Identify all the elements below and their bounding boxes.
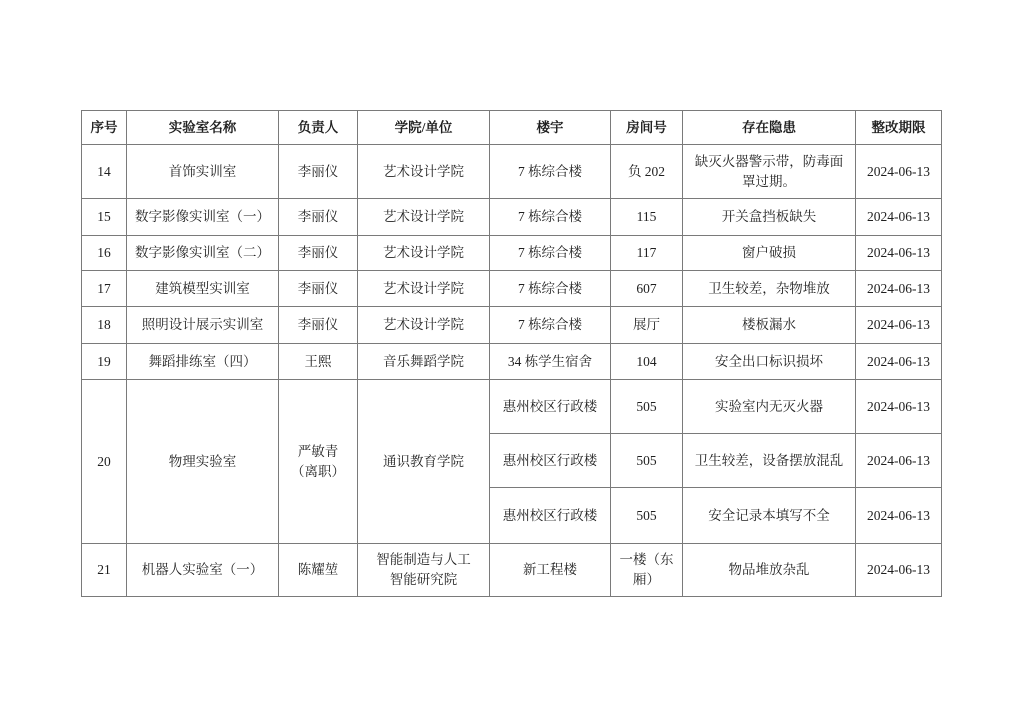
cell-deadline: 2024-06-13 — [856, 236, 942, 271]
cell-no: 15 — [82, 199, 127, 236]
cell-person: 严敏青 （离职） — [279, 380, 358, 544]
cell-deadline: 2024-06-13 — [856, 344, 942, 380]
cell-lab-name: 舞蹈排练室（四） — [127, 344, 279, 380]
cell-lab-name: 机器人实验室（一） — [127, 544, 279, 597]
table-row: 19 舞蹈排练室（四） 王熙 音乐舞蹈学院 34 栋学生宿舍 104 安全出口标… — [82, 344, 942, 380]
cell-person: 李丽仪 — [279, 145, 358, 199]
cell-building: 7 栋综合楼 — [490, 307, 611, 344]
cell-college: 音乐舞蹈学院 — [358, 344, 490, 380]
cell-hazard: 楼板漏水 — [683, 307, 856, 344]
cell-no: 14 — [82, 145, 127, 199]
cell-lab-name: 建筑模型实训室 — [127, 271, 279, 307]
cell-room: 负 202 — [611, 145, 683, 199]
table-row: 18 照明设计展示实训室 李丽仪 艺术设计学院 7 栋综合楼 展厅 楼板漏水 2… — [82, 307, 942, 344]
cell-college: 艺术设计学院 — [358, 145, 490, 199]
cell-building: 34 栋学生宿舍 — [490, 344, 611, 380]
header-building: 楼宇 — [490, 111, 611, 145]
cell-person: 李丽仪 — [279, 271, 358, 307]
cell-no: 19 — [82, 344, 127, 380]
cell-hazard: 实验室内无灭火器 — [683, 380, 856, 434]
cell-room: 展厅 — [611, 307, 683, 344]
cell-room: 一楼（东 厢） — [611, 544, 683, 597]
cell-hazard: 缺灭火器警示带，防毒面 罩过期。 — [683, 145, 856, 199]
cell-no: 21 — [82, 544, 127, 597]
cell-person: 李丽仪 — [279, 307, 358, 344]
cell-lab-name: 数字影像实训室（一） — [127, 199, 279, 236]
cell-person: 王熙 — [279, 344, 358, 380]
cell-deadline: 2024-06-13 — [856, 380, 942, 434]
cell-no: 16 — [82, 236, 127, 271]
cell-lab-name: 照明设计展示实训室 — [127, 307, 279, 344]
cell-college: 智能制造与人工 智能研究院 — [358, 544, 490, 597]
cell-hazard: 卫生较差，设备摆放混乱 — [683, 434, 856, 488]
cell-hazard: 安全出口标识损坏 — [683, 344, 856, 380]
cell-room: 104 — [611, 344, 683, 380]
cell-hazard: 开关盒挡板缺失 — [683, 199, 856, 236]
cell-person: 陈耀堃 — [279, 544, 358, 597]
cell-building: 7 栋综合楼 — [490, 271, 611, 307]
header-deadline: 整改期限 — [856, 111, 942, 145]
cell-building: 7 栋综合楼 — [490, 199, 611, 236]
cell-deadline: 2024-06-13 — [856, 199, 942, 236]
cell-lab-name: 数字影像实训室（二） — [127, 236, 279, 271]
header-no: 序号 — [82, 111, 127, 145]
header-hazard: 存在隐患 — [683, 111, 856, 145]
cell-deadline: 2024-06-13 — [856, 434, 942, 488]
cell-building: 惠州校区行政楼 — [490, 488, 611, 544]
table-row: 15 数字影像实训室（一） 李丽仪 艺术设计学院 7 栋综合楼 115 开关盒挡… — [82, 199, 942, 236]
table-row: 17 建筑模型实训室 李丽仪 艺术设计学院 7 栋综合楼 607 卫生较差，杂物… — [82, 271, 942, 307]
header-person: 负责人 — [279, 111, 358, 145]
table-header-row: 序号 实验室名称 负责人 学院/单位 楼宇 房间号 存在隐患 整改期限 — [82, 111, 942, 145]
cell-person: 李丽仪 — [279, 236, 358, 271]
cell-deadline: 2024-06-13 — [856, 145, 942, 199]
cell-deadline: 2024-06-13 — [856, 271, 942, 307]
cell-hazard: 安全记录本填写不全 — [683, 488, 856, 544]
table-row: 21 机器人实验室（一） 陈耀堃 智能制造与人工 智能研究院 新工程楼 一楼（东… — [82, 544, 942, 597]
cell-no: 18 — [82, 307, 127, 344]
cell-no: 20 — [82, 380, 127, 544]
cell-building: 7 栋综合楼 — [490, 145, 611, 199]
cell-deadline: 2024-06-13 — [856, 544, 942, 597]
table-row: 20 物理实验室 严敏青 （离职） 通识教育学院 惠州校区行政楼 505 实验室… — [82, 380, 942, 434]
cell-college: 艺术设计学院 — [358, 271, 490, 307]
table-row: 16 数字影像实训室（二） 李丽仪 艺术设计学院 7 栋综合楼 117 窗户破损… — [82, 236, 942, 271]
cell-lab-name: 首饰实训室 — [127, 145, 279, 199]
cell-room: 505 — [611, 488, 683, 544]
cell-room: 607 — [611, 271, 683, 307]
cell-college: 艺术设计学院 — [358, 199, 490, 236]
cell-hazard: 窗户破损 — [683, 236, 856, 271]
cell-building: 惠州校区行政楼 — [490, 380, 611, 434]
header-lab-name: 实验室名称 — [127, 111, 279, 145]
cell-building: 惠州校区行政楼 — [490, 434, 611, 488]
cell-room: 115 — [611, 199, 683, 236]
header-room: 房间号 — [611, 111, 683, 145]
document-page: 序号 实验室名称 负责人 学院/单位 楼宇 房间号 存在隐患 整改期限 14 首… — [0, 0, 1024, 724]
cell-room: 505 — [611, 434, 683, 488]
cell-person: 李丽仪 — [279, 199, 358, 236]
cell-room: 505 — [611, 380, 683, 434]
lab-hazard-inspection-table: 序号 实验室名称 负责人 学院/单位 楼宇 房间号 存在隐患 整改期限 14 首… — [81, 110, 942, 597]
cell-college: 艺术设计学院 — [358, 236, 490, 271]
cell-college: 通识教育学院 — [358, 380, 490, 544]
cell-deadline: 2024-06-13 — [856, 307, 942, 344]
cell-college: 艺术设计学院 — [358, 307, 490, 344]
cell-room: 117 — [611, 236, 683, 271]
cell-deadline: 2024-06-13 — [856, 488, 942, 544]
cell-lab-name: 物理实验室 — [127, 380, 279, 544]
cell-hazard: 卫生较差，杂物堆放 — [683, 271, 856, 307]
header-college: 学院/单位 — [358, 111, 490, 145]
table-row: 14 首饰实训室 李丽仪 艺术设计学院 7 栋综合楼 负 202 缺灭火器警示带… — [82, 145, 942, 199]
cell-building: 7 栋综合楼 — [490, 236, 611, 271]
cell-hazard: 物品堆放杂乱 — [683, 544, 856, 597]
cell-building: 新工程楼 — [490, 544, 611, 597]
cell-no: 17 — [82, 271, 127, 307]
